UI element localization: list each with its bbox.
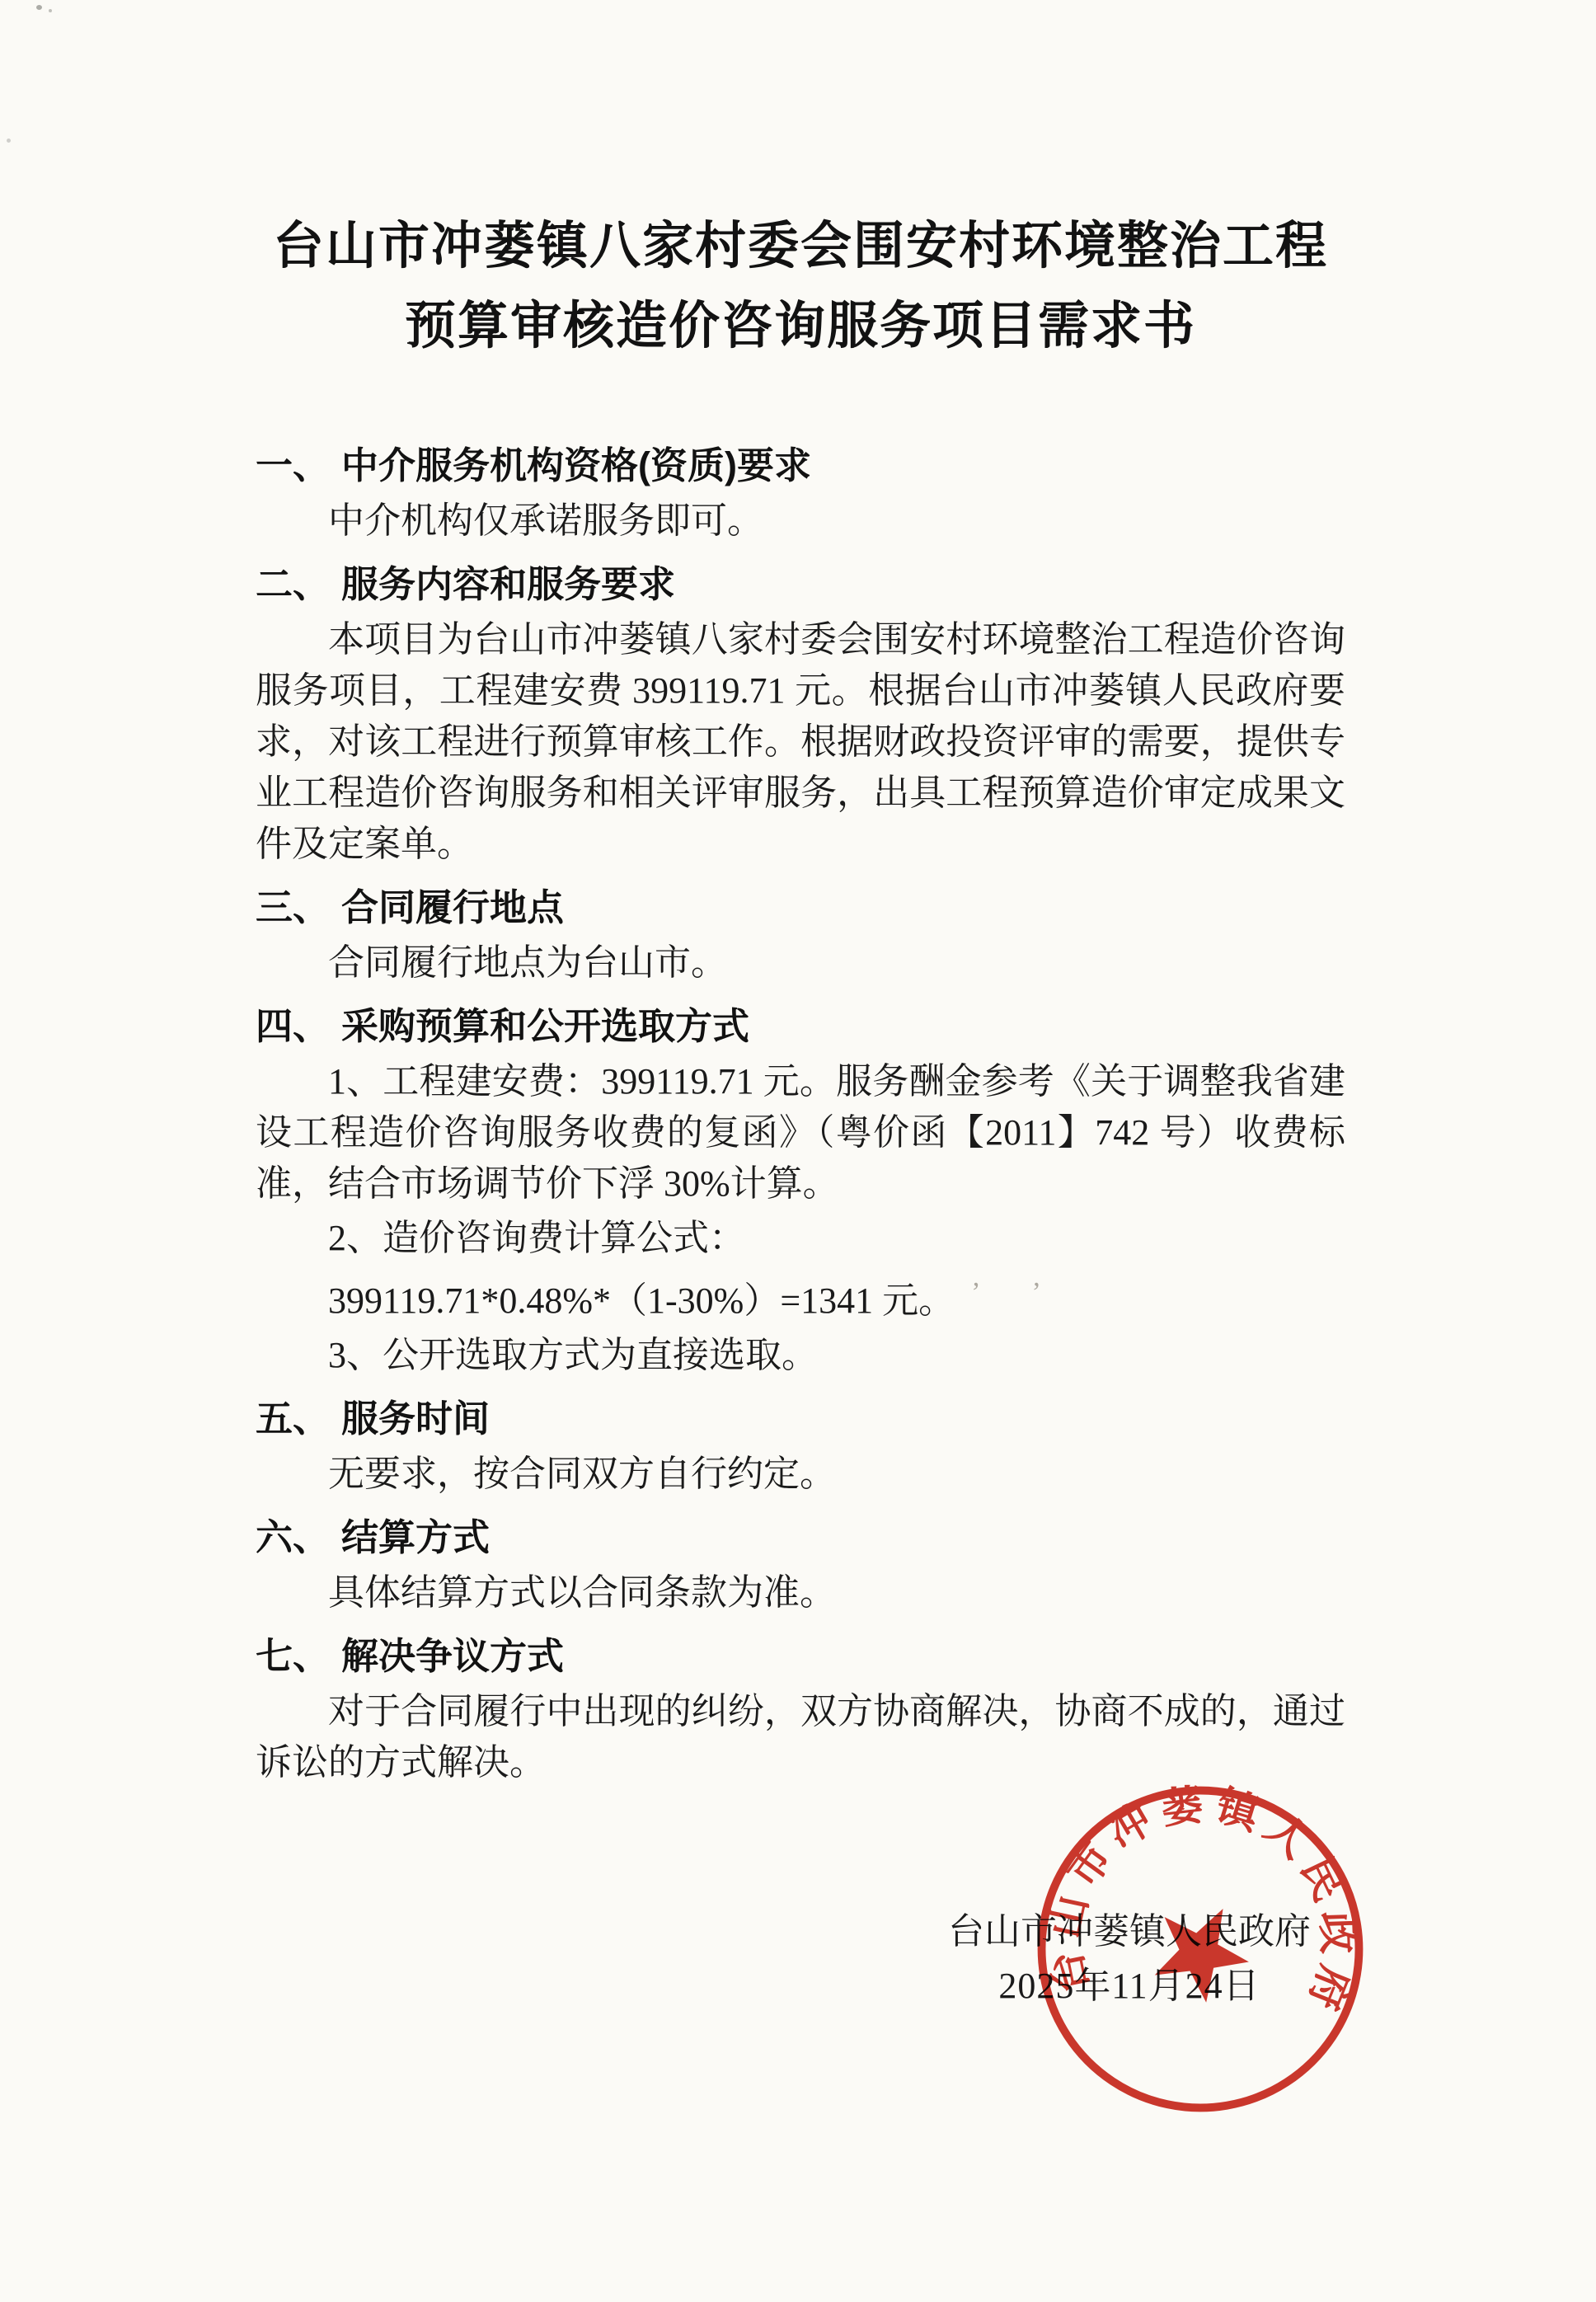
section-budget-selection: 四、采购预算和公开选取方式 1、工程建安费：399119.71 元。服务酬金参考… bbox=[256, 1000, 1345, 1381]
seal-group: 台山市冲蒌镇人民政府 bbox=[1022, 1771, 1378, 2127]
document-body: 台山市冲蒌镇八家村委会围安村环境整治工程 预算审核造价咨询服务项目需求书 一、中… bbox=[256, 0, 1345, 1788]
section-paragraph: 3、公开选取方式为直接选取。 bbox=[256, 1330, 1345, 1381]
section-title: 中介服务机构资格(资质)要求 bbox=[341, 444, 811, 486]
section-paragraph: 本项目为台山市冲蒌镇八家村委会围安村环境整治工程造价咨询服务项目，工程建安费 3… bbox=[256, 614, 1345, 870]
section-title: 结算方式 bbox=[341, 1516, 490, 1558]
section-contract-location: 三、合同履行地点 合同履行地点为台山市。 bbox=[256, 881, 1345, 989]
scan-speck bbox=[7, 139, 11, 143]
section-title: 解决争议方式 bbox=[341, 1635, 564, 1677]
section-heading: 二、服务内容和服务要求 bbox=[256, 558, 1345, 611]
section-heading: 三、合同履行地点 bbox=[256, 881, 1345, 934]
title-line-2: 预算审核造价咨询服务项目需求书 bbox=[256, 286, 1345, 366]
section-service-time: 五、服务时间 无要求，按合同双方自行约定。 bbox=[256, 1393, 1345, 1500]
document-title: 台山市冲蒌镇八家村委会围安村环境整治工程 预算审核造价咨询服务项目需求书 bbox=[256, 0, 1345, 366]
section-title: 采购预算和公开选取方式 bbox=[341, 1005, 749, 1047]
fee-formula: 399119.71*0.48%*（1-30%）=1341 元。 bbox=[328, 1280, 936, 1321]
section-paragraph: 2、造价咨询费计算公式： bbox=[256, 1213, 1345, 1264]
scan-stray-marks: ’ ’ bbox=[971, 1277, 1064, 1308]
scan-speck bbox=[49, 9, 52, 12]
title-line-1: 台山市冲蒌镇八家村委会围安村环境整治工程 bbox=[256, 206, 1345, 286]
section-number: 二、 bbox=[256, 563, 330, 605]
section-number: 五、 bbox=[256, 1398, 330, 1440]
section-heading: 一、中介服务机构资格(资质)要求 bbox=[256, 439, 1345, 492]
section-number: 一、 bbox=[256, 444, 330, 486]
scan-speck bbox=[36, 5, 42, 10]
section-agency-qualification: 一、中介服务机构资格(资质)要求 中介机构仅承诺服务即可。 bbox=[256, 439, 1345, 547]
official-seal-stamp: 台山市冲蒌镇人民政府 bbox=[1022, 1771, 1378, 2127]
section-heading: 四、采购预算和公开选取方式 bbox=[256, 1000, 1345, 1053]
section-title: 合同履行地点 bbox=[341, 886, 564, 928]
section-number: 四、 bbox=[256, 1005, 330, 1047]
section-paragraph: 无要求，按合同双方自行约定。 bbox=[256, 1449, 1345, 1500]
scanned-document: 台山市冲蒌镇八家村委会围安村环境整治工程 预算审核造价咨询服务项目需求书 一、中… bbox=[0, 0, 1596, 2302]
section-dispute-resolution: 七、解决争议方式 对于合同履行中出现的纠纷，双方协商解决，协商不成的，通过诉讼的… bbox=[256, 1630, 1345, 1788]
section-number: 六、 bbox=[256, 1516, 330, 1558]
section-number: 三、 bbox=[256, 886, 330, 928]
section-settlement: 六、结算方式 具体结算方式以合同条款为准。 bbox=[256, 1511, 1345, 1618]
section-paragraph: 具体结算方式以合同条款为准。 bbox=[256, 1567, 1345, 1618]
seal-ring-text-holder: 台山市冲蒌镇人民政府 bbox=[1028, 1771, 1378, 2060]
section-title: 服务内容和服务要求 bbox=[341, 563, 675, 605]
section-heading: 五、服务时间 bbox=[256, 1393, 1345, 1445]
seal-star-icon bbox=[1138, 1886, 1265, 2011]
section-title: 服务时间 bbox=[341, 1398, 490, 1440]
fee-formula-line: 399119.71*0.48%*（1-30%）=1341 元。’ ’ bbox=[256, 1267, 1345, 1327]
section-paragraph: 中介机构仅承诺服务即可。 bbox=[256, 496, 1345, 547]
section-paragraph: 1、工程建安费：399119.71 元。服务酬金参考《关于调整我省建设工程造价咨… bbox=[256, 1056, 1345, 1210]
section-paragraph: 合同履行地点为台山市。 bbox=[256, 937, 1345, 989]
seal-ring-text: 台山市冲蒌镇人民政府 bbox=[1028, 1771, 1378, 2060]
section-heading: 六、结算方式 bbox=[256, 1511, 1345, 1564]
section-number: 七、 bbox=[256, 1635, 330, 1677]
section-heading: 七、解决争议方式 bbox=[256, 1630, 1345, 1683]
document-page: { "document": { "title_line1": "台山市冲蒌镇八家… bbox=[0, 0, 1596, 2302]
section-service-content: 二、服务内容和服务要求 本项目为台山市冲蒌镇八家村委会围安村环境整治工程造价咨询… bbox=[256, 558, 1345, 870]
